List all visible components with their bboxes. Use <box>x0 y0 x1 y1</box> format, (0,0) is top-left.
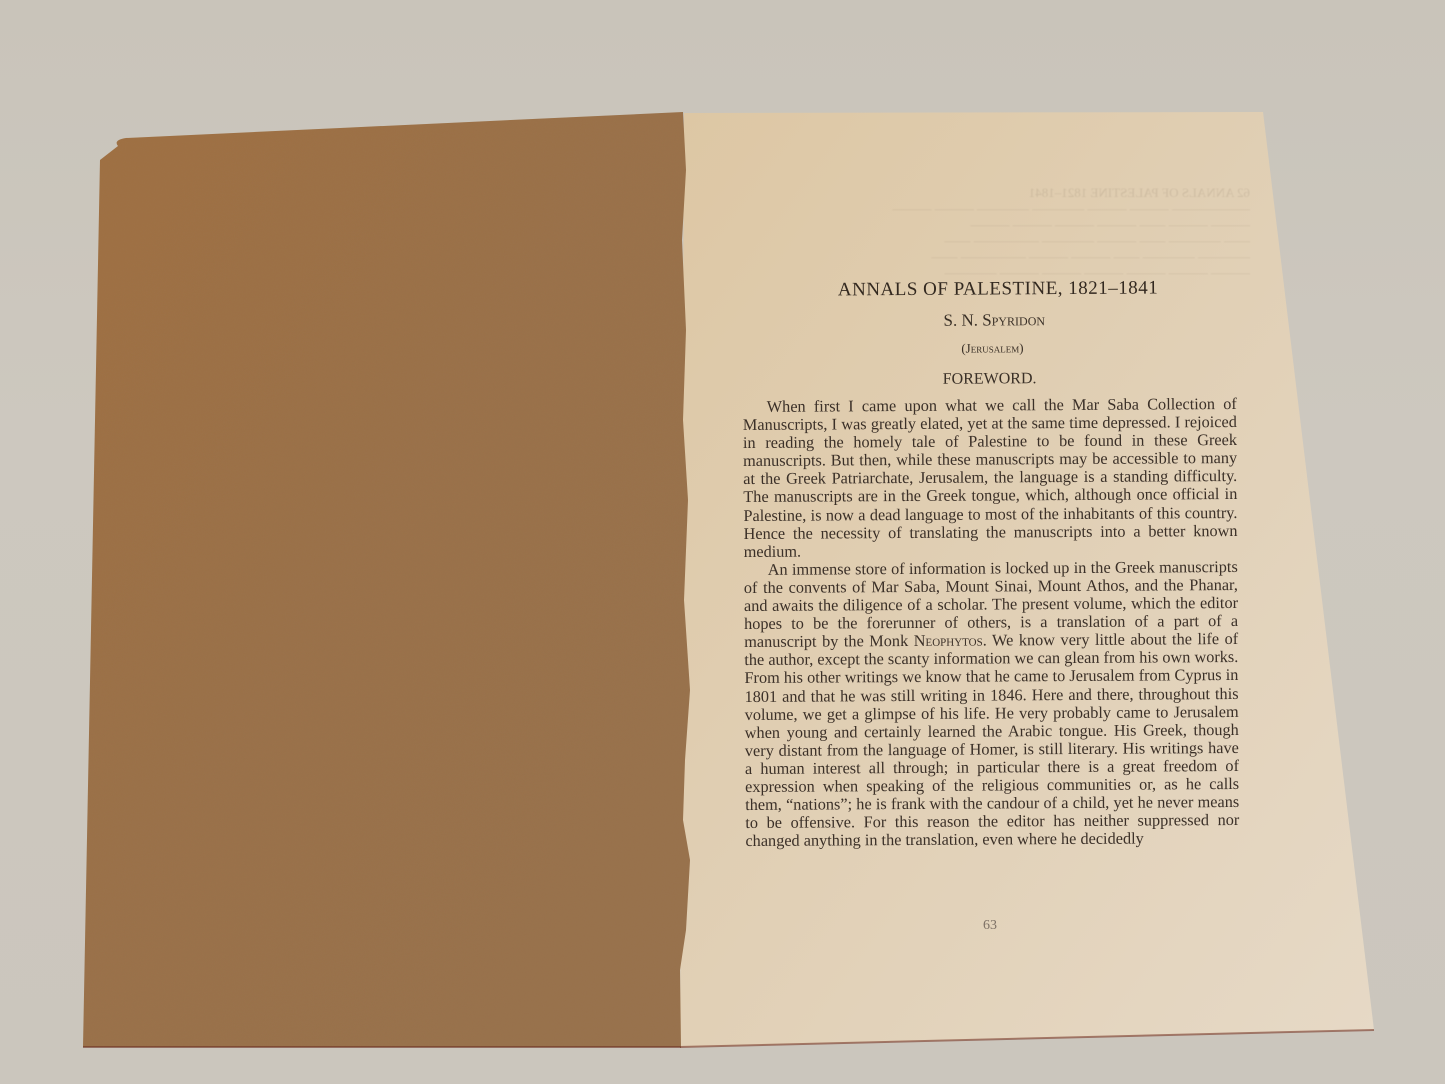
page-content: ANNALS OF PALESTINE, 1821–1841 S. N. Spy… <box>742 277 1239 850</box>
paragraph-1: When first I came upon what we call the … <box>743 395 1238 561</box>
page-number: 63 <box>983 918 997 934</box>
photo-scene: 62 ANNALS OF PALESTINE 1821–1841 —————— … <box>0 0 1445 1084</box>
section-heading: FOREWORD. <box>743 369 1237 390</box>
article-author: S. N. Spyridon <box>752 309 1236 332</box>
article-title: ANNALS OF PALESTINE, 1821–1841 <box>760 277 1236 302</box>
paragraph-2-continued: . We know very little about the life of … <box>744 629 1239 850</box>
paragraph-2: An immense store of information is locke… <box>744 558 1240 851</box>
author-name-neophytos: Neophytos <box>914 631 983 650</box>
author-affiliation: (Jerusalem) <box>748 339 1236 358</box>
